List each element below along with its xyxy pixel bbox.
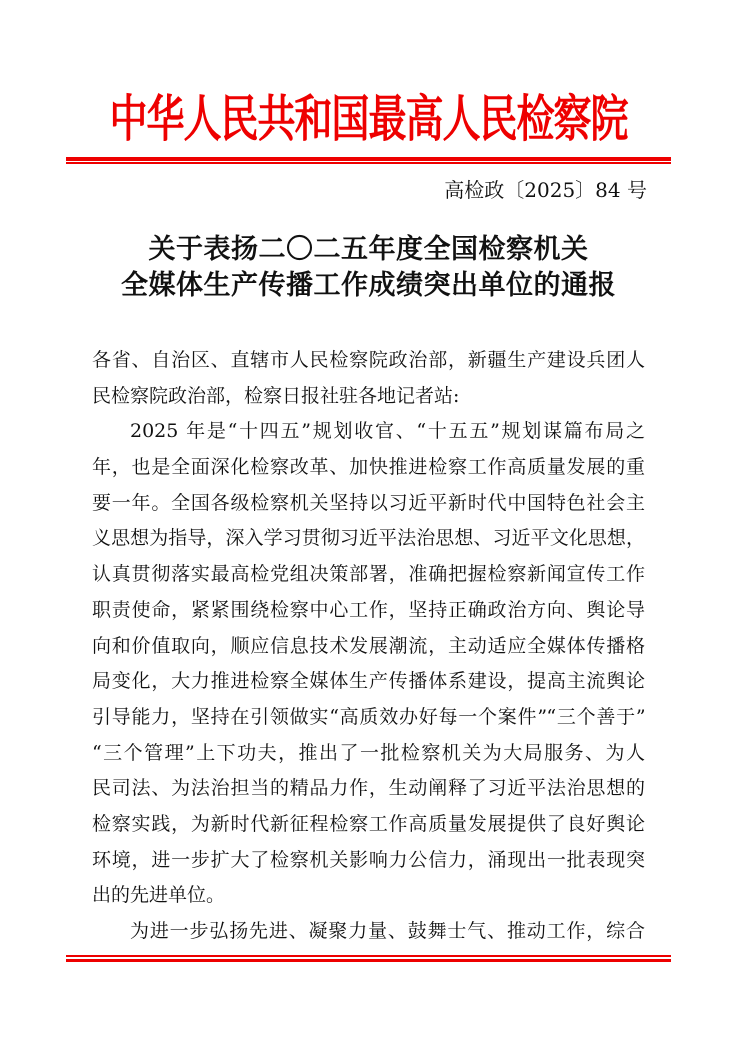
document-reference-number: 高检政〔2025〕84 号 xyxy=(444,178,647,202)
body-line: 检察实践，为新时代新征程检察工作高质量发展提供了良好舆论 xyxy=(92,807,645,843)
body-line: 环境，进一步扩大了检察机关影响力公信力，涌现出一批表现突 xyxy=(92,843,645,879)
issuing-authority-title: 中华人民共和国最高人民检察院 xyxy=(0,87,737,150)
body-line: 局变化，大力推进检察全媒体生产传播体系建设，提高主流舆论 xyxy=(92,664,645,700)
document-body: 各省、自治区、直辖市人民检察院政治部，新疆生产建设兵团人 民检察院政治部，检察日… xyxy=(92,343,645,950)
body-line: 各省、自治区、直辖市人民检察院政治部，新疆生产建设兵团人 xyxy=(92,343,645,379)
body-line: 2025 年是“十四五”规划收官、“十五五”规划谋篇布局之 xyxy=(92,414,645,450)
body-line: 义思想为指导，深入学习贯彻习近平法治思想、习近平文化思想， xyxy=(92,521,645,557)
body-line: 为进一步弘扬先进、凝聚力量、鼓舞士气、推动工作，综合 xyxy=(92,914,645,950)
body-line: 向和价值取向，顺应信息技术发展潮流，主动适应全媒体传播格 xyxy=(92,629,645,665)
header-red-separator-line xyxy=(66,157,671,164)
official-document-page: 中华人民共和国最高人民检察院 高检政〔2025〕84 号 关于表扬二〇二五年度全… xyxy=(0,0,737,1040)
body-line: 认真贯彻落实最高检党组决策部署，准确把握检察新闻宣传工作 xyxy=(92,557,645,593)
body-line: 引导能力，坚持在引领做实“高质效办好每一个案件”“三个善于” xyxy=(92,700,645,736)
document-title-line-2: 全媒体生产传播工作成绩突出单位的通报 xyxy=(0,268,737,304)
body-line: 职责使命，紧紧围绕检察中心工作，坚持正确政治方向、舆论导 xyxy=(92,593,645,629)
body-line: 要一年。全国各级检察机关坚持以习近平新时代中国特色社会主 xyxy=(92,486,645,522)
body-line: 民检察院政治部，检察日报社驻各地记者站: xyxy=(92,379,645,415)
body-line: 年，也是全面深化检察改革、加快推进检察工作高质量发展的重 xyxy=(92,450,645,486)
body-line: 出的先进单位。 xyxy=(92,878,645,914)
footer-red-separator-line xyxy=(66,955,671,962)
body-line: “三个管理”上下功夫，推出了一批检察机关为大局服务、为人 xyxy=(92,736,645,772)
document-title-line-1: 关于表扬二〇二五年度全国检察机关 xyxy=(0,232,737,268)
document-title: 关于表扬二〇二五年度全国检察机关 全媒体生产传播工作成绩突出单位的通报 xyxy=(0,232,737,304)
body-line: 民司法、为法治担当的精品力作，生动阐释了习近平法治思想的 xyxy=(92,771,645,807)
